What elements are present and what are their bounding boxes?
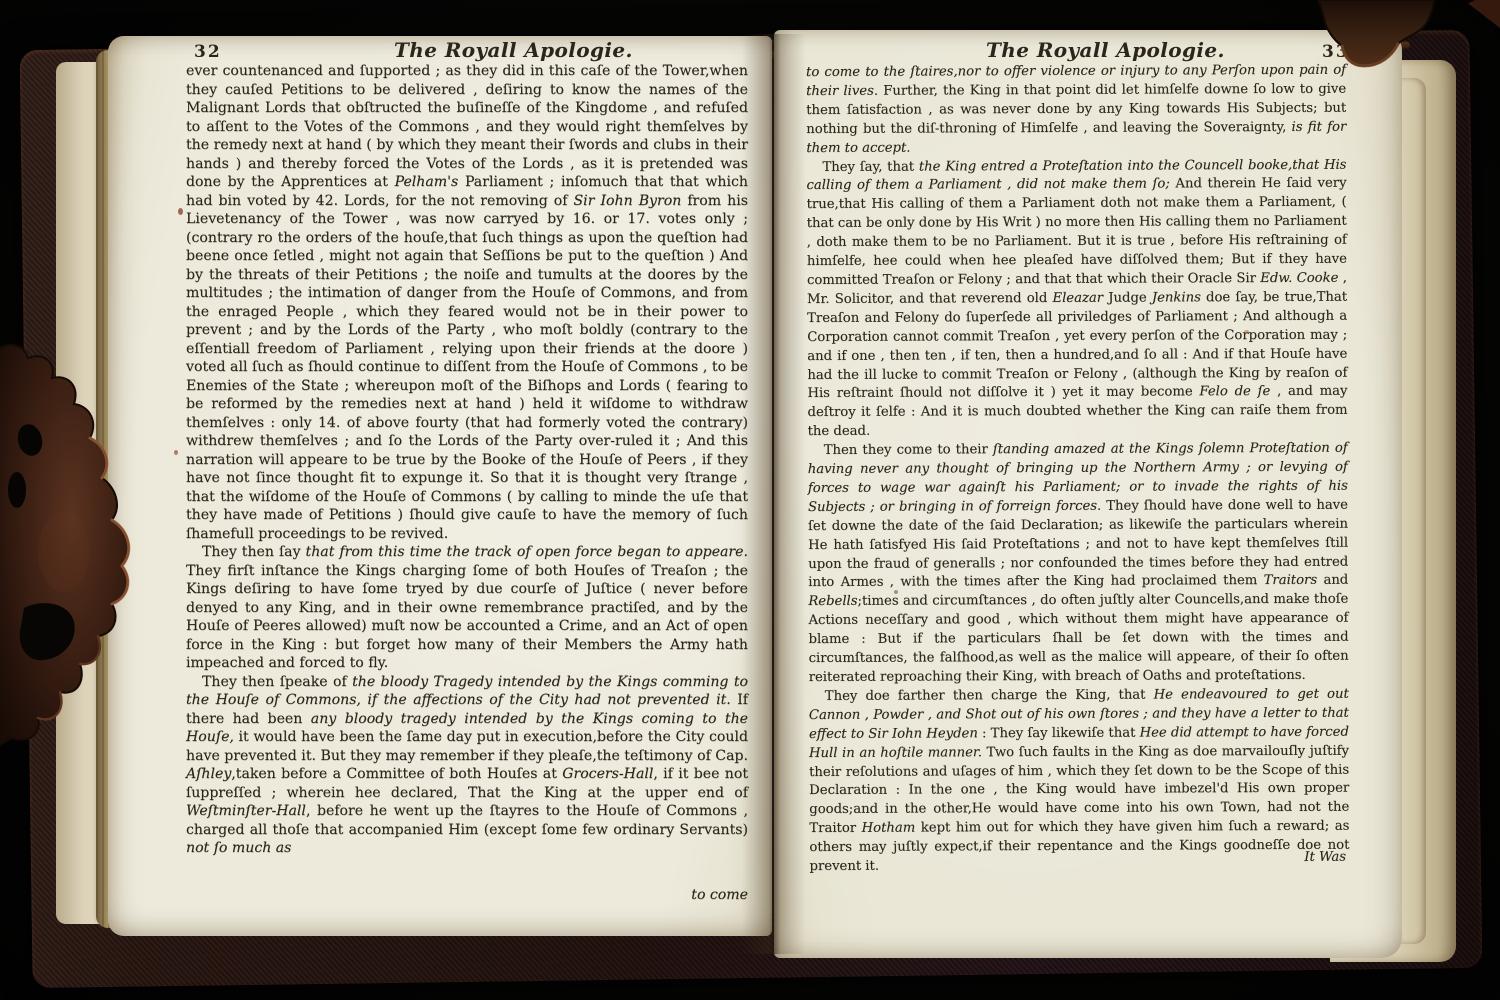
text-segment: ,taken before a Committee of both Houſes… bbox=[231, 766, 562, 782]
page-right-text: to come to the ſtaires,nor to offer viol… bbox=[806, 62, 1350, 877]
foxing-spot bbox=[174, 450, 178, 455]
text-segment: They then ſay bbox=[202, 544, 306, 560]
catchword-right: It Was bbox=[806, 849, 1352, 870]
text-segment: it would have been the ſame day put in e… bbox=[186, 729, 748, 764]
text-segment: Grocers-Hall bbox=[562, 766, 653, 782]
text-segment: They ſay, that bbox=[822, 159, 918, 174]
text-segment: from his Lievetenancy of the Tower , was… bbox=[186, 193, 748, 542]
text-segment: Weſtminſter-Hall bbox=[186, 803, 306, 819]
text-segment: Traitors bbox=[1264, 573, 1318, 588]
text-segment: Jenkins bbox=[1152, 290, 1201, 305]
page-left: 32 The Royall Apologie. ever countenance… bbox=[108, 36, 772, 936]
paragraph: ever countenanced and ſupported ; as the… bbox=[186, 62, 748, 543]
text-segment: Sir Iohn Byron bbox=[574, 193, 682, 209]
text-segment: ever countenanced and ſupported ; as the… bbox=[186, 63, 748, 190]
paragraph: to come to the ſtaires,nor to offer viol… bbox=[806, 62, 1346, 159]
text-segment: Hotham bbox=[862, 821, 916, 836]
foxing-spot bbox=[178, 208, 183, 215]
page-right: The Royall Apologie. 33 to come to the ſ… bbox=[774, 30, 1402, 958]
text-segment: Edw. Cooke bbox=[1260, 271, 1338, 286]
paragraph: Then they come to their ſtanding amazed … bbox=[808, 440, 1349, 688]
text-segment: : They ſay likewiſe that bbox=[978, 725, 1140, 741]
paragraph: They ſay, that the King entred a Proteſt… bbox=[806, 156, 1347, 442]
text-segment: They then ſpeake of bbox=[202, 674, 352, 690]
text-segment: They firſt inſtance the Kings charging ſ… bbox=[186, 563, 748, 672]
text-segment: Judge bbox=[1103, 290, 1152, 305]
text-segment: Then they come to their bbox=[824, 442, 993, 458]
text-segment: not ſo much as bbox=[186, 840, 291, 856]
paragraph: They then ſay that from this time the tr… bbox=[186, 543, 748, 673]
paragraph: They then ſpeake of the bloody Tragedy i… bbox=[186, 673, 748, 858]
text-segment: and bbox=[1317, 573, 1348, 588]
text-segment: Pelham's bbox=[395, 174, 459, 190]
text-segment: that from this time the track of open fo… bbox=[306, 544, 748, 560]
text-segment: They doe farther then charge the King, t… bbox=[825, 687, 1154, 703]
running-title-left: The Royall Apologie. bbox=[394, 38, 633, 62]
text-segment: Eleazar bbox=[1052, 291, 1103, 306]
corner-fragment-top-right bbox=[1468, 0, 1500, 28]
text-segment: Rebells bbox=[808, 594, 857, 609]
clasp-ornament-left bbox=[0, 322, 136, 748]
catchword-left: to come bbox=[186, 886, 754, 905]
text-segment: Aſhley bbox=[186, 766, 231, 782]
page-number-left: 32 bbox=[194, 42, 222, 62]
text-segment: Further, the King in that point did let … bbox=[806, 82, 1346, 137]
page-left-text: ever countenanced and ſupported ; as the… bbox=[186, 62, 748, 858]
text-segment: Felo de ſe bbox=[1199, 384, 1270, 399]
clasp-strap-top-right bbox=[1312, 0, 1442, 85]
running-title-right: The Royall Apologie. bbox=[986, 38, 1225, 62]
text-segment: ;times and circumſtances , do often juſt… bbox=[808, 592, 1348, 685]
book-photograph: 32 The Royall Apologie. ever countenance… bbox=[0, 0, 1500, 1000]
